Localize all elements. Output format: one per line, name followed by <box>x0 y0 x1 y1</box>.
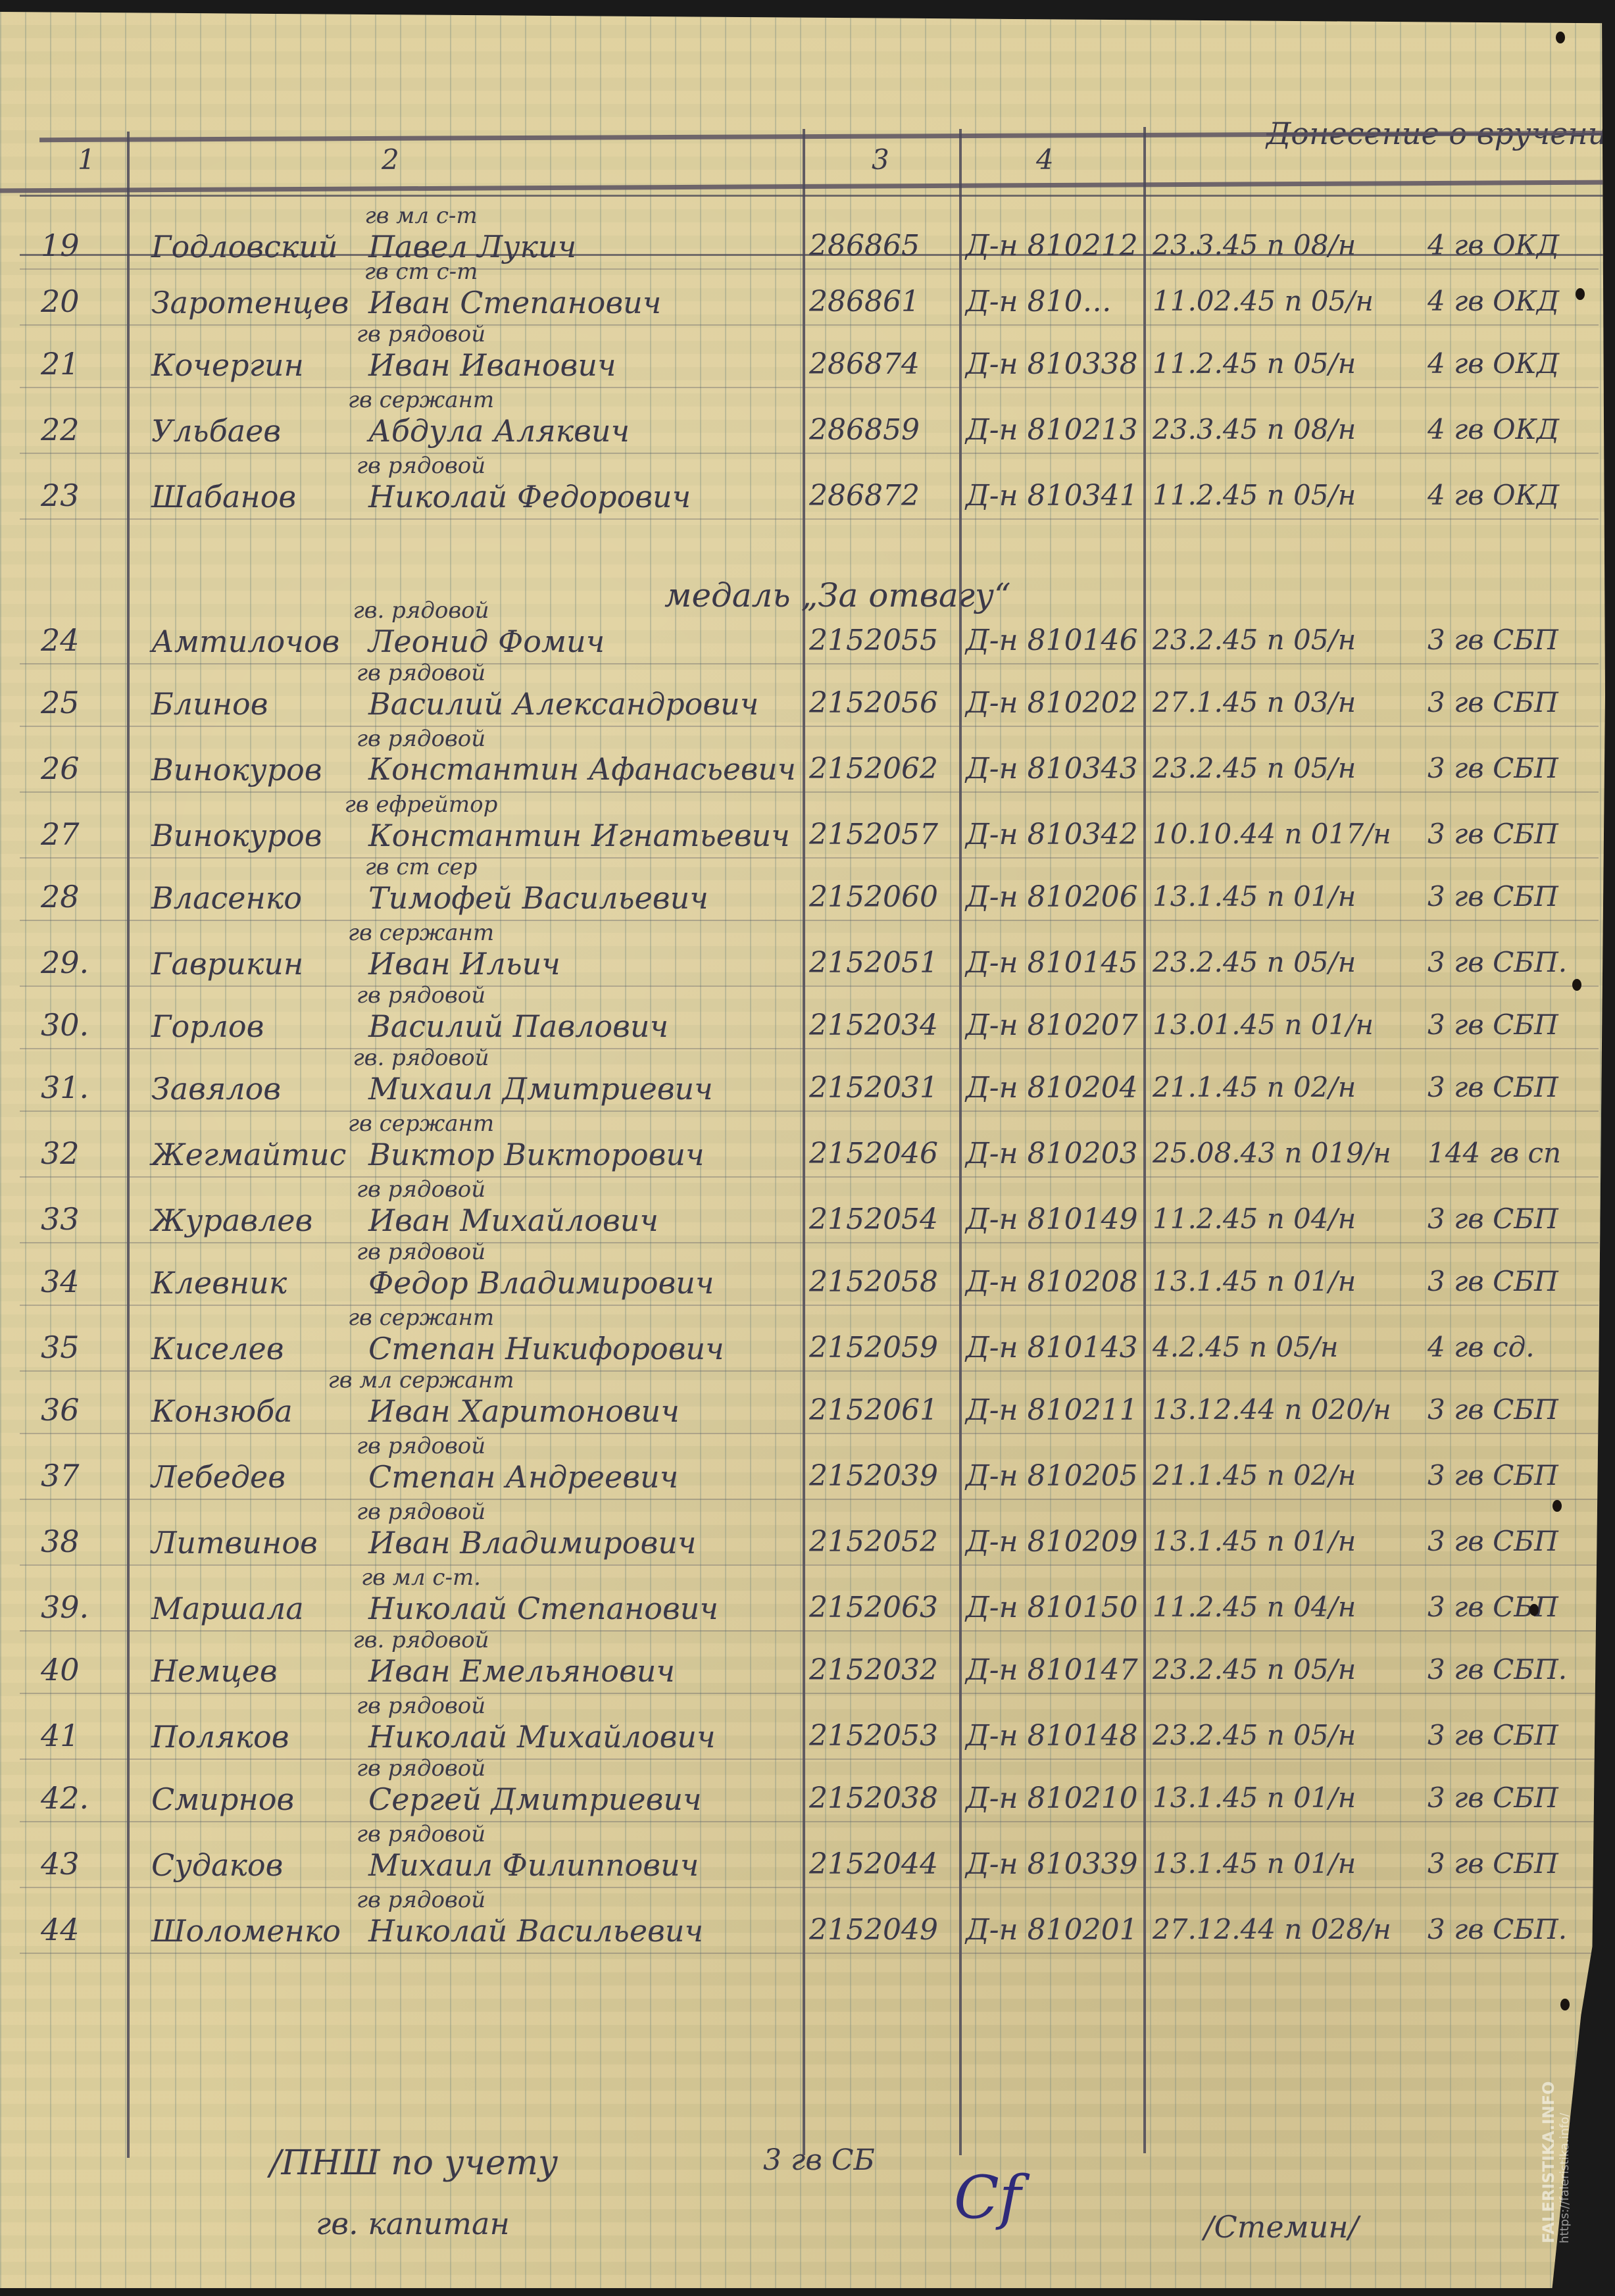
table-row: 33гв рядовойЖуравлевИван Михайлович21520… <box>0 1176 1605 1242</box>
cell-unit: 3 гв СБП. <box>1428 1653 1567 1685</box>
cell-date: 10.10.44 п 017/н <box>1153 818 1391 850</box>
cell-unit: 3 гв СБП <box>1428 1847 1558 1880</box>
cell-medal-no: Д-н 810205 <box>966 1459 1138 1493</box>
cell-num: 34 <box>41 1264 80 1299</box>
cell-order-no: 2152054 <box>809 1203 938 1236</box>
table-row: 41гв рядовойПоляковНиколай Михайлович215… <box>0 1693 1605 1759</box>
cell-given: Иван Степанович <box>368 285 661 320</box>
cell-surname: Смирнов <box>151 1782 294 1817</box>
cell-given: Константин Игнатьевич <box>368 818 790 853</box>
cell-rank: гв рядовой <box>197 726 645 752</box>
cell-surname: Амтилочов <box>151 624 339 659</box>
cell-num: 25 <box>41 685 80 720</box>
cell-rank: гв рядовой <box>197 1821 645 1847</box>
cell-date: 23.2.45 п 05/н <box>1153 752 1356 784</box>
cell-unit: 3 гв СБП. <box>1428 1913 1567 1945</box>
cell-date: 27.12.44 п 028/н <box>1153 1913 1391 1945</box>
cell-order-no: 2152051 <box>809 946 938 980</box>
cell-medal-no: Д-н 810204 <box>966 1071 1138 1105</box>
cell-rank: гв рядовой <box>197 1755 645 1782</box>
cell-unit: 3 гв СБП. <box>1428 946 1567 978</box>
cell-order-no: 2152055 <box>809 624 938 657</box>
cell-date: 23.2.45 п 05/н <box>1153 946 1356 978</box>
cell-given: Иван Емельянович <box>368 1653 675 1689</box>
cell-order-no: 286865 <box>809 229 920 262</box>
cell-surname: Винокуров <box>151 752 322 787</box>
cell-order-no: 2152060 <box>809 880 938 914</box>
cell-date: 23.3.45 п 08/н <box>1153 413 1356 445</box>
cell-order-no: 2152053 <box>809 1719 938 1753</box>
cell-surname: Заротенцев <box>151 285 349 320</box>
table-row: 22гв сержантУльбаевАбдула Аляквич286859Д… <box>0 387 1605 453</box>
cell-surname: Поляков <box>151 1719 289 1755</box>
cell-rank: гв рядовой <box>197 1887 645 1913</box>
table-row: 34гв рядовойКлевникФедор Владимирович215… <box>0 1239 1605 1305</box>
cell-unit: 3 гв СБП <box>1428 880 1558 912</box>
cell-given: Степан Андреевич <box>368 1459 678 1495</box>
cell-surname: Киселев <box>151 1331 284 1366</box>
cell-surname: Горлов <box>151 1009 264 1044</box>
cell-unit: 144 гв сп <box>1428 1137 1561 1169</box>
cell-num: 23 <box>41 478 80 513</box>
cell-date: 13.01.45 п 01/н <box>1153 1009 1374 1041</box>
column-header-3: 3 <box>872 143 889 176</box>
table-row: 32гв сержантЖегмайтисВиктор Викторович21… <box>0 1111 1605 1176</box>
table-row: 44гв рядовойШоломенкоНиколай Васильевич2… <box>0 1887 1605 1953</box>
punch-hole <box>1529 1604 1539 1616</box>
table-row: 35гв сержантКиселевСтепан Никифорович215… <box>0 1305 1605 1370</box>
table-row: 21гв рядовойКочергинИван Иванович286874Д… <box>0 321 1605 387</box>
table-row: 27гв ефрейторВинокуровКонстантин Игнатье… <box>0 791 1605 857</box>
cell-unit: 3 гв СБП <box>1428 1071 1558 1103</box>
cell-order-no: 2152058 <box>809 1265 938 1299</box>
cell-given: Иван Ильич <box>368 946 560 982</box>
cell-unit: 4 гв ОКД <box>1428 285 1559 317</box>
table-row: 30.гв рядовойГорловВасилий Павлович21520… <box>0 982 1605 1048</box>
cell-num: 22 <box>41 412 80 447</box>
cell-medal-no: Д-н 810213 <box>966 413 1138 447</box>
cell-date: 11.2.45 п 04/н <box>1153 1591 1356 1623</box>
cell-given: Степан Никифорович <box>368 1331 724 1366</box>
table-row: 26гв рядовойВинокуровКонстантин Афанасье… <box>0 726 1605 791</box>
cell-rank: гв рядовой <box>197 1239 645 1265</box>
cell-date: 13.1.45 п 01/н <box>1153 880 1356 912</box>
cell-unit: 3 гв СБП <box>1428 1591 1558 1623</box>
cell-rank: гв. рядовой <box>197 1045 645 1071</box>
cell-rank: гв мл с-т <box>197 203 645 229</box>
cell-surname: Завялов <box>151 1071 281 1107</box>
cell-num: 43 <box>41 1846 80 1882</box>
cell-order-no: 286872 <box>809 479 920 512</box>
table-row: 38гв рядовойЛитвиновИван Владимирович215… <box>0 1499 1605 1564</box>
cell-num: 26 <box>41 751 80 786</box>
cell-order-no: 2152059 <box>809 1331 938 1364</box>
cell-rank: гв мл сержант <box>197 1367 645 1393</box>
cell-order-no: 2152056 <box>809 686 938 720</box>
header-thin-rule <box>20 195 1605 197</box>
cell-medal-no: Д-н 810338 <box>966 347 1138 381</box>
cell-date: 13.12.44 п 020/н <box>1153 1393 1391 1426</box>
cell-given: Николай Степанович <box>368 1591 718 1626</box>
cell-medal-no: Д-н 810150 <box>966 1591 1138 1624</box>
cell-num: 36 <box>41 1392 80 1428</box>
cell-surname: Конзюба <box>151 1393 293 1429</box>
cell-unit: 3 гв СБП <box>1428 686 1558 718</box>
cell-rank: гв рядовой <box>197 660 645 686</box>
cell-date: 21.1.45 п 02/н <box>1153 1459 1356 1491</box>
cell-given: Иван Михайлович <box>368 1203 658 1238</box>
signature-rank: гв. капитан <box>316 2206 510 2241</box>
cell-surname: Лебедев <box>151 1459 286 1495</box>
cell-date: 25.08.43 п 019/н <box>1153 1137 1391 1169</box>
cell-order-no: 2152031 <box>809 1071 938 1105</box>
punch-hole <box>1572 979 1581 991</box>
cell-date: 11.02.45 п 05/н <box>1153 285 1374 317</box>
cell-unit: 3 гв СБП <box>1428 1719 1558 1751</box>
table-row: 31.гв. рядовойЗавяловМихаил Дмитриевич21… <box>0 1045 1605 1111</box>
cell-given: Николай Михайлович <box>368 1719 716 1755</box>
punch-hole <box>1553 1500 1562 1512</box>
cell-medal-no: Д-н 810343 <box>966 752 1138 786</box>
column-header-1: 1 <box>78 143 95 176</box>
table-row: 36гв мл сержантКонзюбаИван Харитонович21… <box>0 1367 1605 1433</box>
cell-surname: Блинов <box>151 686 268 722</box>
cell-order-no: 2152044 <box>809 1847 938 1881</box>
cell-order-no: 2152039 <box>809 1459 938 1493</box>
cell-surname: Винокуров <box>151 818 322 853</box>
cell-medal-no: Д-н 810212 <box>966 229 1138 262</box>
punch-hole <box>1560 1999 1570 2010</box>
cell-order-no: 2152052 <box>809 1525 938 1559</box>
cell-surname: Власенко <box>151 880 302 916</box>
cell-given: Николай Федорович <box>368 479 691 514</box>
cell-date: 11.2.45 п 05/н <box>1153 347 1356 380</box>
cell-num: 32 <box>41 1136 80 1171</box>
cell-medal-no: Д-н 810207 <box>966 1009 1138 1042</box>
cell-surname: Жегмайтис <box>151 1137 346 1172</box>
cell-date: 13.1.45 п 01/н <box>1153 1525 1356 1557</box>
cell-date: 13.1.45 п 01/н <box>1153 1782 1356 1814</box>
cell-surname: Шабанов <box>151 479 296 514</box>
cell-surname: Маршала <box>151 1591 304 1626</box>
cell-medal-no: Д-н 810143 <box>966 1331 1138 1364</box>
cell-medal-no: Д-н 810146 <box>966 624 1138 657</box>
cell-medal-no: Д-н 810145 <box>966 946 1138 980</box>
cell-given: Абдула Аляквич <box>368 413 630 449</box>
cell-unit: 3 гв СБП <box>1428 1525 1558 1557</box>
cell-unit: 3 гв СБП <box>1428 1009 1558 1041</box>
cell-date: 4.2.45 п 05/н <box>1153 1331 1339 1363</box>
cell-given: Василий Александрович <box>368 686 758 722</box>
cell-unit: 4 гв ОКД <box>1428 413 1559 445</box>
cell-rank: гв сержант <box>197 1111 645 1137</box>
cell-unit: 4 гв сд. <box>1428 1331 1535 1363</box>
cell-num: 44 <box>41 1912 80 1947</box>
cell-order-no: 2152049 <box>809 1913 938 1947</box>
cell-rank: гв сержант <box>197 387 645 413</box>
cell-date: 13.1.45 п 01/н <box>1153 1847 1356 1880</box>
cell-surname: Клевник <box>151 1265 287 1301</box>
cell-rank: гв сержант <box>197 920 645 946</box>
cell-medal-no: Д-н 810201 <box>966 1913 1138 1947</box>
cell-given: Сергей Дмитриевич <box>368 1782 702 1817</box>
cell-order-no: 2152032 <box>809 1653 938 1687</box>
cell-num: 30. <box>41 1007 89 1043</box>
table-row: 28гв ст серВласенкоТимофей Васильевич215… <box>0 854 1605 920</box>
cell-num: 21 <box>41 346 80 382</box>
cell-num: 29. <box>41 945 89 980</box>
cell-order-no: 2152057 <box>809 818 938 851</box>
punch-hole <box>1576 288 1585 300</box>
cell-num: 28 <box>41 879 80 914</box>
table-row: 29.гв сержантГаврикинИван Ильич2152051Д-… <box>0 920 1605 986</box>
cell-order-no: 286859 <box>809 413 920 447</box>
cell-unit: 3 гв СБП <box>1428 1459 1558 1491</box>
cell-rank: гв ст с-т <box>197 259 645 285</box>
cell-unit: 3 гв СБП <box>1428 1393 1558 1426</box>
cell-given: Иван Владимирович <box>368 1525 696 1560</box>
table-row: 25гв рядовойБлиновВасилий Александрович2… <box>0 660 1605 726</box>
cell-order-no: 2152062 <box>809 752 938 786</box>
cell-given: Михаил Филиппович <box>368 1847 699 1883</box>
table-row: 20гв ст с-тЗаротенцевИван Степанович2868… <box>0 259 1605 324</box>
table-row: 23гв рядовойШабановНиколай Федорович2868… <box>0 453 1605 518</box>
cell-unit: 4 гв ОКД <box>1428 479 1559 511</box>
cell-surname: Литвинов <box>151 1525 318 1560</box>
cell-date: 11.2.45 п 05/н <box>1153 479 1356 511</box>
cell-date: 23.2.45 п 05/н <box>1153 624 1356 656</box>
watermark-brand: FALERISTIKA.INFO <box>1539 2082 1558 2243</box>
cell-unit: 4 гв ОКД <box>1428 229 1559 261</box>
cell-date: 27.1.45 п 03/н <box>1153 686 1356 718</box>
cell-order-no: 2152038 <box>809 1782 938 1815</box>
cell-given: Николай Васильевич <box>368 1913 703 1949</box>
cell-medal-no: Д-н 810342 <box>966 818 1138 851</box>
cell-surname: Кочергин <box>151 347 304 383</box>
signature-unit: 3 гв СБ <box>763 2143 875 2177</box>
cell-medal-no: Д-н 810148 <box>966 1719 1138 1753</box>
cell-medal-no: Д-н 810206 <box>966 880 1138 914</box>
cell-rank: гв рядовой <box>197 321 645 347</box>
table-row: 40гв. рядовойНемцевИван Емельянович21520… <box>0 1627 1605 1693</box>
cell-rank: гв рядовой <box>197 453 645 479</box>
cell-date: 11.2.45 п 04/н <box>1153 1203 1356 1235</box>
cell-rank: гв рядовой <box>197 1499 645 1525</box>
cell-order-no: 2152061 <box>809 1393 938 1427</box>
cell-given: Федор Владимирович <box>368 1265 714 1301</box>
cell-given: Василий Павлович <box>368 1009 668 1044</box>
cell-medal-no: Д-н 810339 <box>966 1847 1138 1881</box>
cell-given: Михаил Дмитриевич <box>368 1071 713 1107</box>
cell-medal-no: Д-н 810208 <box>966 1265 1138 1299</box>
cell-num: 31. <box>41 1070 89 1105</box>
column-header-2: 2 <box>382 143 399 176</box>
cell-given: Константин Афанасьевич <box>368 752 796 787</box>
cell-order-no: 2152034 <box>809 1009 938 1042</box>
row-divider <box>20 1953 1599 1954</box>
cell-medal-no: Д-н 810203 <box>966 1137 1138 1170</box>
cell-order-no: 286861 <box>809 285 920 318</box>
cell-num: 37 <box>41 1458 80 1493</box>
cell-medal-no: Д-н 810202 <box>966 686 1138 720</box>
cell-medal-no: Д-н 810149 <box>966 1203 1138 1236</box>
cell-rank: гв рядовой <box>197 1176 645 1203</box>
handwritten-signature: Сf <box>954 2163 1021 2232</box>
cell-medal-no: Д-н 810341 <box>966 479 1138 512</box>
cell-order-no: 286874 <box>809 347 920 381</box>
cell-unit: 3 гв СБП <box>1428 1203 1558 1235</box>
cell-date: 23.2.45 п 05/н <box>1153 1719 1356 1751</box>
cell-rank: гв мл с-т. <box>197 1564 645 1591</box>
cell-surname: Судаков <box>151 1847 283 1883</box>
cell-unit: 3 гв СБП <box>1428 1782 1558 1814</box>
cell-medal-no: Д-н 810147 <box>966 1653 1138 1687</box>
cell-rank: гв рядовой <box>197 1433 645 1459</box>
cell-date: 23.2.45 п 05/н <box>1153 1653 1356 1685</box>
cell-rank: гв ст сер <box>197 854 645 880</box>
cell-order-no: 2152063 <box>809 1591 938 1624</box>
cell-num: 40 <box>41 1652 80 1687</box>
cell-surname: Немцев <box>151 1653 278 1689</box>
cell-medal-no: Д-н 810210 <box>966 1782 1138 1815</box>
cell-medal-no: Д-н 810209 <box>966 1525 1138 1559</box>
cell-given: Тимофей Васильевич <box>368 880 708 916</box>
cell-date: 13.1.45 п 01/н <box>1153 1265 1356 1297</box>
signature-role: /ПНШ по учету <box>270 2143 558 2183</box>
cell-rank: гв. рядовой <box>197 597 645 624</box>
cell-rank: гв сержант <box>197 1305 645 1331</box>
signature-name: /Стемин/ <box>1204 2209 1358 2245</box>
column-header-4: 4 <box>1036 143 1054 176</box>
table-row: 43гв рядовойСудаковМихаил Филиппович2152… <box>0 1821 1605 1887</box>
table-row: 37гв рядовойЛебедевСтепан Андреевич21520… <box>0 1433 1605 1499</box>
cell-num: 33 <box>41 1201 80 1237</box>
watermark-url: https://faleristika.info/ <box>1558 2204 1572 2243</box>
cell-num: 20 <box>41 284 80 319</box>
document-sheet: Донесение о вручении 1 2 3 4 медаль „За … <box>0 12 1605 2288</box>
cell-given: Леонид Фомич <box>368 624 605 659</box>
cell-num: 41 <box>41 1718 80 1753</box>
cell-num: 27 <box>41 816 80 852</box>
cell-given: Иван Харитонович <box>368 1393 680 1429</box>
cell-num: 24 <box>41 622 80 658</box>
cell-date: 23.3.45 п 08/н <box>1153 229 1356 261</box>
cell-given: Виктор Викторович <box>368 1137 705 1172</box>
cell-medal-no: Д-н 810211 <box>966 1393 1138 1427</box>
cell-given: Иван Иванович <box>368 347 616 383</box>
cell-rank: гв. рядовой <box>197 1627 645 1653</box>
watermark: FALERISTIKA.INFO https://faleristika.inf… <box>1539 2204 1572 2243</box>
row-divider <box>20 518 1599 520</box>
cell-unit: 4 гв ОКД <box>1428 347 1559 380</box>
cell-rank: гв рядовой <box>197 982 645 1009</box>
cell-num: 19 <box>41 228 80 263</box>
cell-unit: 3 гв СБП <box>1428 752 1558 784</box>
cell-unit: 3 гв СБП <box>1428 1265 1558 1297</box>
table-row: 24гв. рядовойАмтилочовЛеонид Фомич215205… <box>0 597 1605 663</box>
cell-surname: Гаврикин <box>151 946 303 982</box>
cell-surname: Шоломенко <box>151 1913 341 1949</box>
cell-num: 39. <box>41 1589 89 1625</box>
table-row: 42.гв рядовойСмирновСергей Дмитриевич215… <box>0 1755 1605 1821</box>
cell-num: 35 <box>41 1330 80 1365</box>
cell-unit: 3 гв СБП <box>1428 818 1558 850</box>
cell-medal-no: Д-н 810… <box>966 285 1112 318</box>
cell-rank: гв рядовой <box>197 1693 645 1719</box>
cell-rank: гв ефрейтор <box>197 791 645 818</box>
cell-surname: Ульбаев <box>151 413 281 449</box>
cell-num: 42. <box>41 1780 89 1816</box>
cell-surname: Журавлев <box>151 1203 312 1238</box>
cell-num: 38 <box>41 1524 80 1559</box>
cell-order-no: 2152046 <box>809 1137 938 1170</box>
cell-unit: 3 гв СБП <box>1428 624 1558 656</box>
punch-hole <box>1556 32 1565 43</box>
cell-date: 21.1.45 п 02/н <box>1153 1071 1356 1103</box>
table-row: 39.гв мл с-т.МаршалаНиколай Степанович21… <box>0 1564 1605 1630</box>
